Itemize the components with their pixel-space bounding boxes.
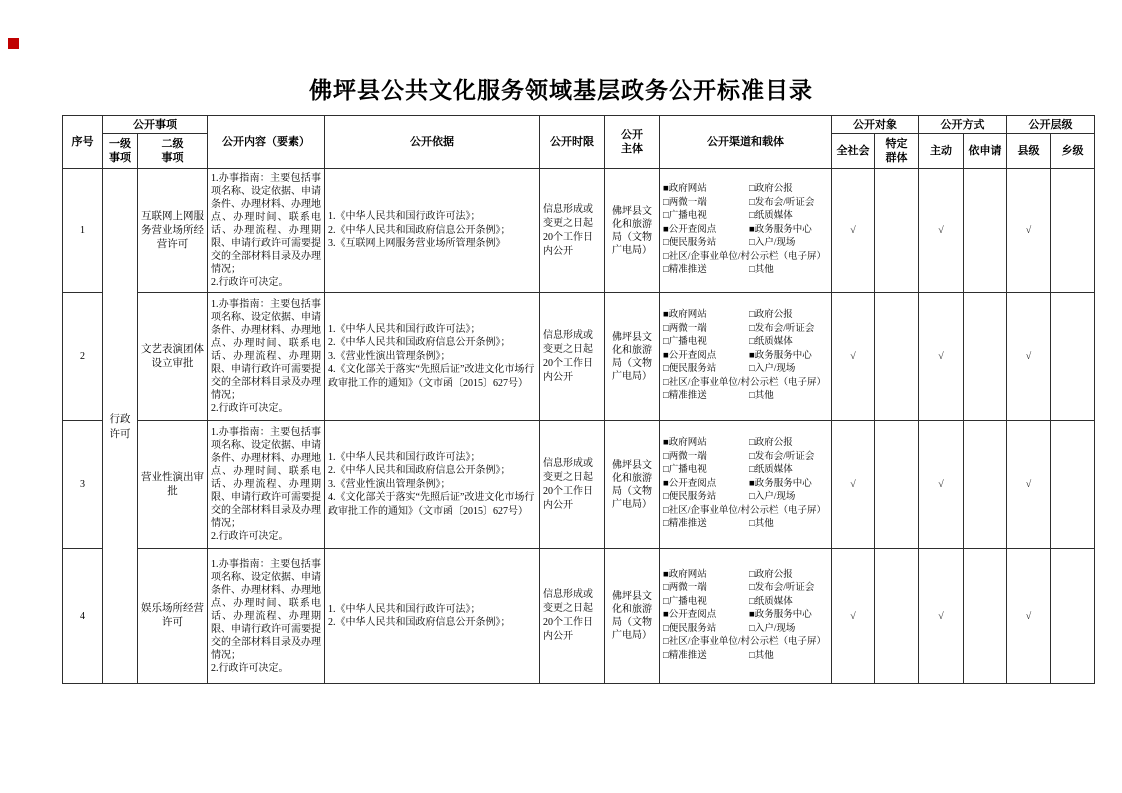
channel-label: 发布会/听证会: [755, 198, 815, 208]
time-limit-cell: 信息形成或变更之日起20个工作日内公开: [540, 169, 605, 293]
channel-option: ■政府网站: [663, 309, 747, 323]
basis-line: 1.《中华人民共和国行政许可法》；: [328, 210, 536, 224]
channel-option: □广播电视: [663, 336, 747, 350]
check-township: [1051, 169, 1095, 293]
channel-option: □政府公报: [749, 437, 828, 451]
check-on-request: [964, 549, 1007, 684]
channel-option: □广播电视: [663, 596, 747, 610]
channel-label: 精准推送: [669, 519, 707, 529]
channel-label: 两微一端: [669, 324, 707, 334]
channel-label: 纸质媒体: [755, 465, 793, 475]
channel-label: 社区/企事业单位/村公示栏（电子屏）: [669, 252, 826, 262]
content-line: 1.办事指南：主要包括事项名称、设定依据、申请条件、办理材料、办理地点、办理时间…: [211, 172, 321, 276]
channel-label: 精准推送: [669, 391, 707, 401]
row-number: 4: [63, 549, 103, 684]
channel-option: □发布会/听证会: [749, 323, 828, 337]
channel-option: ■政务服务中心: [749, 350, 828, 364]
time-limit-cell: 信息形成或变更之日起20个工作日内公开: [540, 421, 605, 549]
time-limit-cell: 信息形成或变更之日起20个工作日内公开: [540, 549, 605, 684]
item-name: 娱乐场所经营许可: [138, 549, 208, 684]
header-active: 主动: [919, 134, 964, 169]
check-township: [1051, 421, 1095, 549]
channel-label: 便民服务站: [669, 238, 717, 248]
channels-cell: ■政府网站□政府公报□两微一端□发布会/听证会□广播电视□纸质媒体■公开查阅点■…: [660, 293, 832, 421]
channels-cell: ■政府网站□政府公报□两微一端□发布会/听证会□广播电视□纸质媒体■公开查阅点■…: [660, 549, 832, 684]
header-on-request: 依申请: [964, 134, 1007, 169]
channel-option: □其他: [749, 264, 828, 278]
channel-option: □其他: [749, 518, 828, 532]
basis-line: 2.《中华人民共和国政府信息公开条例》；: [328, 616, 536, 630]
content-cell: 1.办事指南：主要包括事项名称、设定依据、申请条件、办理材料、办理地点、办理时间…: [208, 169, 325, 293]
channels-cell: ■政府网站□政府公报□两微一端□发布会/听证会□广播电视□纸质媒体■公开查阅点■…: [660, 169, 832, 293]
channel-option: □政府公报: [749, 183, 828, 197]
header-time-limit: 公开时限: [540, 116, 605, 169]
channels-grid: ■政府网站□政府公报□两微一端□发布会/听证会□广播电视□纸质媒体■公开查阅点■…: [663, 569, 828, 664]
standards-table: 序号 公开事项 公开内容（要素） 公开依据 公开时限 公开 主体 公开渠道和载体…: [62, 115, 1095, 684]
channel-label: 两微一端: [669, 583, 707, 593]
channel-label: 公开查阅点: [669, 225, 717, 235]
channel-label: 纸质媒体: [755, 337, 793, 347]
channel-option: ■政府网站: [663, 437, 747, 451]
channel-label: 发布会/听证会: [755, 452, 815, 462]
channel-option: □两微一端: [663, 582, 747, 596]
channel-option: □纸质媒体: [749, 336, 828, 350]
table-row: 3 营业性演出审批 1.办事指南：主要包括事项名称、设定依据、申请条件、办理材料…: [63, 421, 1095, 549]
row-number: 1: [63, 169, 103, 293]
channel-option: □其他: [749, 390, 828, 404]
document-page: 佛坪县公共文化服务领域基层政务公开标准目录 序号 公开事项 公开内容（要素） 公…: [0, 0, 1122, 793]
check-all-society: √: [832, 169, 875, 293]
basis-line: 2.《中华人民共和国政府信息公开条例》；: [328, 224, 536, 238]
channel-label: 广播电视: [669, 597, 707, 607]
content-line: 1.办事指南：主要包括事项名称、设定依据、申请条件、办理材料、办理地点、办理时间…: [211, 298, 321, 402]
channel-option: □社区/企事业单位/村公示栏（电子屏）: [663, 251, 828, 265]
check-specific-group: [875, 549, 919, 684]
channels-grid: ■政府网站□政府公报□两微一端□发布会/听证会□广播电视□纸质媒体■公开查阅点■…: [663, 183, 828, 278]
content-cell: 1.办事指南：主要包括事项名称、设定依据、申请条件、办理材料、办理地点、办理时间…: [208, 421, 325, 549]
basis-line: 4.《文化部关于落实“先照后证”改进文化市场行政审批工作的通知》（文市函〔201…: [328, 363, 536, 390]
channel-option: □发布会/听证会: [749, 582, 828, 596]
content-line: 1.办事指南：主要包括事项名称、设定依据、申请条件、办理材料、办理地点、办理时间…: [211, 426, 321, 530]
channel-label: 政府公报: [755, 184, 793, 194]
channel-label: 其他: [755, 519, 774, 529]
channel-label: 入户/现场: [755, 364, 796, 374]
channel-option: □入户/现场: [749, 623, 828, 637]
check-specific-group: [875, 421, 919, 549]
channel-label: 便民服务站: [669, 624, 717, 634]
channel-label: 发布会/听证会: [755, 324, 815, 334]
channel-option: □纸质媒体: [749, 210, 828, 224]
basis-cell: 1.《中华人民共和国行政许可法》；2.《中华人民共和国政府信息公开条例》；3.《…: [325, 169, 540, 293]
basis-line: 3.《营业性演出管理条例》；: [328, 478, 536, 492]
channel-option: □便民服务站: [663, 363, 747, 377]
check-all-society: √: [832, 549, 875, 684]
channel-option: ■公开查阅点: [663, 478, 747, 492]
channel-label: 政务服务中心: [755, 351, 812, 361]
channel-label: 发布会/听证会: [755, 583, 815, 593]
check-active: √: [919, 421, 964, 549]
channel-option: □两微一端: [663, 323, 747, 337]
channel-option: □社区/企事业单位/村公示栏（电子屏）: [663, 636, 828, 650]
header-county-level: 县级: [1007, 134, 1051, 169]
channels-grid: ■政府网站□政府公报□两微一端□发布会/听证会□广播电视□纸质媒体■公开查阅点■…: [663, 309, 828, 404]
channel-label: 公开查阅点: [669, 479, 717, 489]
content-line: 2.行政许可决定。: [211, 530, 321, 543]
check-specific-group: [875, 169, 919, 293]
basis-cell: 1.《中华人民共和国行政许可法》；2.《中华人民共和国政府信息公开条例》；3.《…: [325, 421, 540, 549]
table-row: 2 文艺表演团体设立审批 1.办事指南：主要包括事项名称、设定依据、申请条件、办…: [63, 293, 1095, 421]
channel-label: 便民服务站: [669, 492, 717, 502]
channel-option: □纸质媒体: [749, 464, 828, 478]
channel-option: ■公开查阅点: [663, 609, 747, 623]
channel-option: ■公开查阅点: [663, 224, 747, 238]
red-marker-icon: [8, 38, 19, 49]
basis-line: 1.《中华人民共和国行政许可法》；: [328, 451, 536, 465]
channels-grid: ■政府网站□政府公报□两微一端□发布会/听证会□广播电视□纸质媒体■公开查阅点■…: [663, 437, 828, 532]
channel-option: □广播电视: [663, 464, 747, 478]
channel-label: 社区/企事业单位/村公示栏（电子屏）: [669, 378, 826, 388]
header-specific-group: 特定 群体: [875, 134, 919, 169]
channels-cell: ■政府网站□政府公报□两微一端□发布会/听证会□广播电视□纸质媒体■公开查阅点■…: [660, 421, 832, 549]
channel-option: ■政务服务中心: [749, 609, 828, 623]
check-on-request: [964, 421, 1007, 549]
channel-option: □便民服务站: [663, 237, 747, 251]
channel-option: □政府公报: [749, 309, 828, 323]
channel-label: 政府网站: [669, 310, 707, 320]
channel-label: 其他: [755, 265, 774, 275]
header-disclosure-subject: 公开 主体: [605, 116, 660, 169]
channel-option: □其他: [749, 650, 828, 664]
category-cell: 行政 许可: [103, 169, 138, 684]
channel-label: 社区/企事业单位/村公示栏（电子屏）: [669, 637, 826, 647]
basis-cell: 1.《中华人民共和国行政许可法》；2.《中华人民共和国政府信息公开条例》；: [325, 549, 540, 684]
check-on-request: [964, 293, 1007, 421]
check-all-society: √: [832, 293, 875, 421]
header-all-society: 全社会: [832, 134, 875, 169]
channel-label: 纸质媒体: [755, 211, 793, 221]
channel-label: 政府网站: [669, 438, 707, 448]
page-title: 佛坪县公共文化服务领域基层政务公开标准目录: [0, 72, 1122, 105]
channel-option: □入户/现场: [749, 363, 828, 377]
basis-line: 4.《文化部关于落实“先照后证”改进文化市场行政审批工作的通知》（文市函〔201…: [328, 491, 536, 518]
channel-label: 政府公报: [755, 570, 793, 580]
channel-label: 入户/现场: [755, 238, 796, 248]
channel-label: 精准推送: [669, 265, 707, 275]
item-name: 文艺表演团体设立审批: [138, 293, 208, 421]
check-on-request: [964, 169, 1007, 293]
channel-label: 精准推送: [669, 651, 707, 661]
content-line: 2.行政许可决定。: [211, 402, 321, 415]
header-disclosure-items: 公开事项: [103, 116, 208, 134]
channel-label: 政府公报: [755, 438, 793, 448]
content-cell: 1.办事指南：主要包括事项名称、设定依据、申请条件、办理材料、办理地点、办理时间…: [208, 549, 325, 684]
table-row: 1 行政 许可 互联网上网服务营业场所经营许可 1.办事指南：主要包括事项名称、…: [63, 169, 1095, 293]
channel-option: □精准推送: [663, 650, 747, 664]
item-name: 营业性演出审批: [138, 421, 208, 549]
basis-cell: 1.《中华人民共和国行政许可法》；2.《中华人民共和国政府信息公开条例》；3.《…: [325, 293, 540, 421]
channel-option: □便民服务站: [663, 623, 747, 637]
channel-option: □精准推送: [663, 264, 747, 278]
channel-option: □发布会/听证会: [749, 197, 828, 211]
channel-label: 两微一端: [669, 198, 707, 208]
item-name: 互联网上网服务营业场所经营许可: [138, 169, 208, 293]
header-disclosure-content: 公开内容（要素）: [208, 116, 325, 169]
channel-label: 公开查阅点: [669, 610, 717, 620]
header-disclosure-method: 公开方式: [919, 116, 1007, 134]
basis-line: 2.《中华人民共和国政府信息公开条例》；: [328, 464, 536, 478]
header-disclosure-target: 公开对象: [832, 116, 919, 134]
subject-cell: 佛坪县文化和旅游局（文物广电局）: [605, 169, 660, 293]
channel-option: □广播电视: [663, 210, 747, 224]
header-disclosure-level: 公开层级: [1007, 116, 1095, 134]
channel-option: ■政府网站: [663, 569, 747, 583]
check-township: [1051, 293, 1095, 421]
channel-option: □发布会/听证会: [749, 451, 828, 465]
check-township: [1051, 549, 1095, 684]
channel-option: ■政务服务中心: [749, 478, 828, 492]
channel-label: 其他: [755, 651, 774, 661]
content-cell: 1.办事指南：主要包括事项名称、设定依据、申请条件、办理材料、办理地点、办理时间…: [208, 293, 325, 421]
basis-line: 2.《中华人民共和国政府信息公开条例》；: [328, 336, 536, 350]
header-serial-number: 序号: [63, 116, 103, 169]
channel-label: 入户/现场: [755, 624, 796, 634]
channel-label: 政府网站: [669, 184, 707, 194]
channel-label: 政府网站: [669, 570, 707, 580]
row-number: 3: [63, 421, 103, 549]
channel-option: □社区/企事业单位/村公示栏（电子屏）: [663, 505, 828, 519]
header-channels: 公开渠道和载体: [660, 116, 832, 169]
time-limit-cell: 信息形成或变更之日起20个工作日内公开: [540, 293, 605, 421]
basis-line: 3.《互联网上网服务营业场所管理条例》: [328, 237, 536, 251]
basis-line: 3.《营业性演出管理条例》；: [328, 350, 536, 364]
channel-option: □精准推送: [663, 518, 747, 532]
check-county: √: [1007, 169, 1051, 293]
subject-cell: 佛坪县文化和旅游局（文物广电局）: [605, 549, 660, 684]
content-line: 1.办事指南：主要包括事项名称、设定依据、申请条件、办理材料、办理地点、办理时间…: [211, 558, 321, 662]
channel-option: □入户/现场: [749, 491, 828, 505]
channel-label: 政府公报: [755, 310, 793, 320]
channel-option: □两微一端: [663, 451, 747, 465]
channel-option: □便民服务站: [663, 491, 747, 505]
channel-label: 社区/企事业单位/村公示栏（电子屏）: [669, 506, 826, 516]
channel-label: 广播电视: [669, 211, 707, 221]
header-disclosure-basis: 公开依据: [325, 116, 540, 169]
check-county: √: [1007, 421, 1051, 549]
check-all-society: √: [832, 421, 875, 549]
check-active: √: [919, 293, 964, 421]
content-line: 2.行政许可决定。: [211, 276, 321, 289]
channel-label: 便民服务站: [669, 364, 717, 374]
table-body: 1 行政 许可 互联网上网服务营业场所经营许可 1.办事指南：主要包括事项名称、…: [63, 169, 1095, 684]
channel-option: □两微一端: [663, 197, 747, 211]
channel-option: □社区/企事业单位/村公示栏（电子屏）: [663, 377, 828, 391]
channel-label: 政务服务中心: [755, 610, 812, 620]
channel-label: 入户/现场: [755, 492, 796, 502]
channel-option: ■政府网站: [663, 183, 747, 197]
content-line: 2.行政许可决定。: [211, 662, 321, 675]
channel-option: □政府公报: [749, 569, 828, 583]
channel-option: □精准推送: [663, 390, 747, 404]
channel-label: 公开查阅点: [669, 351, 717, 361]
basis-line: 1.《中华人民共和国行政许可法》；: [328, 323, 536, 337]
check-county: √: [1007, 549, 1051, 684]
channel-option: ■政务服务中心: [749, 224, 828, 238]
subject-cell: 佛坪县文化和旅游局（文物广电局）: [605, 293, 660, 421]
subject-cell: 佛坪县文化和旅游局（文物广电局）: [605, 421, 660, 549]
check-active: √: [919, 549, 964, 684]
channel-option: □入户/现场: [749, 237, 828, 251]
channel-label: 其他: [755, 391, 774, 401]
check-specific-group: [875, 293, 919, 421]
channel-label: 政务服务中心: [755, 225, 812, 235]
basis-line: 1.《中华人民共和国行政许可法》；: [328, 603, 536, 617]
channel-label: 广播电视: [669, 337, 707, 347]
channel-label: 两微一端: [669, 452, 707, 462]
header-level2-item: 二级 事项: [138, 134, 208, 169]
header-level1-item: 一级 事项: [103, 134, 138, 169]
channel-option: □纸质媒体: [749, 596, 828, 610]
header-township-level: 乡级: [1051, 134, 1095, 169]
check-active: √: [919, 169, 964, 293]
channel-label: 广播电视: [669, 465, 707, 475]
channel-label: 纸质媒体: [755, 597, 793, 607]
check-county: √: [1007, 293, 1051, 421]
table-row: 4 娱乐场所经营许可 1.办事指南：主要包括事项名称、设定依据、申请条件、办理材…: [63, 549, 1095, 684]
channel-label: 政务服务中心: [755, 479, 812, 489]
row-number: 2: [63, 293, 103, 421]
channel-option: ■公开查阅点: [663, 350, 747, 364]
